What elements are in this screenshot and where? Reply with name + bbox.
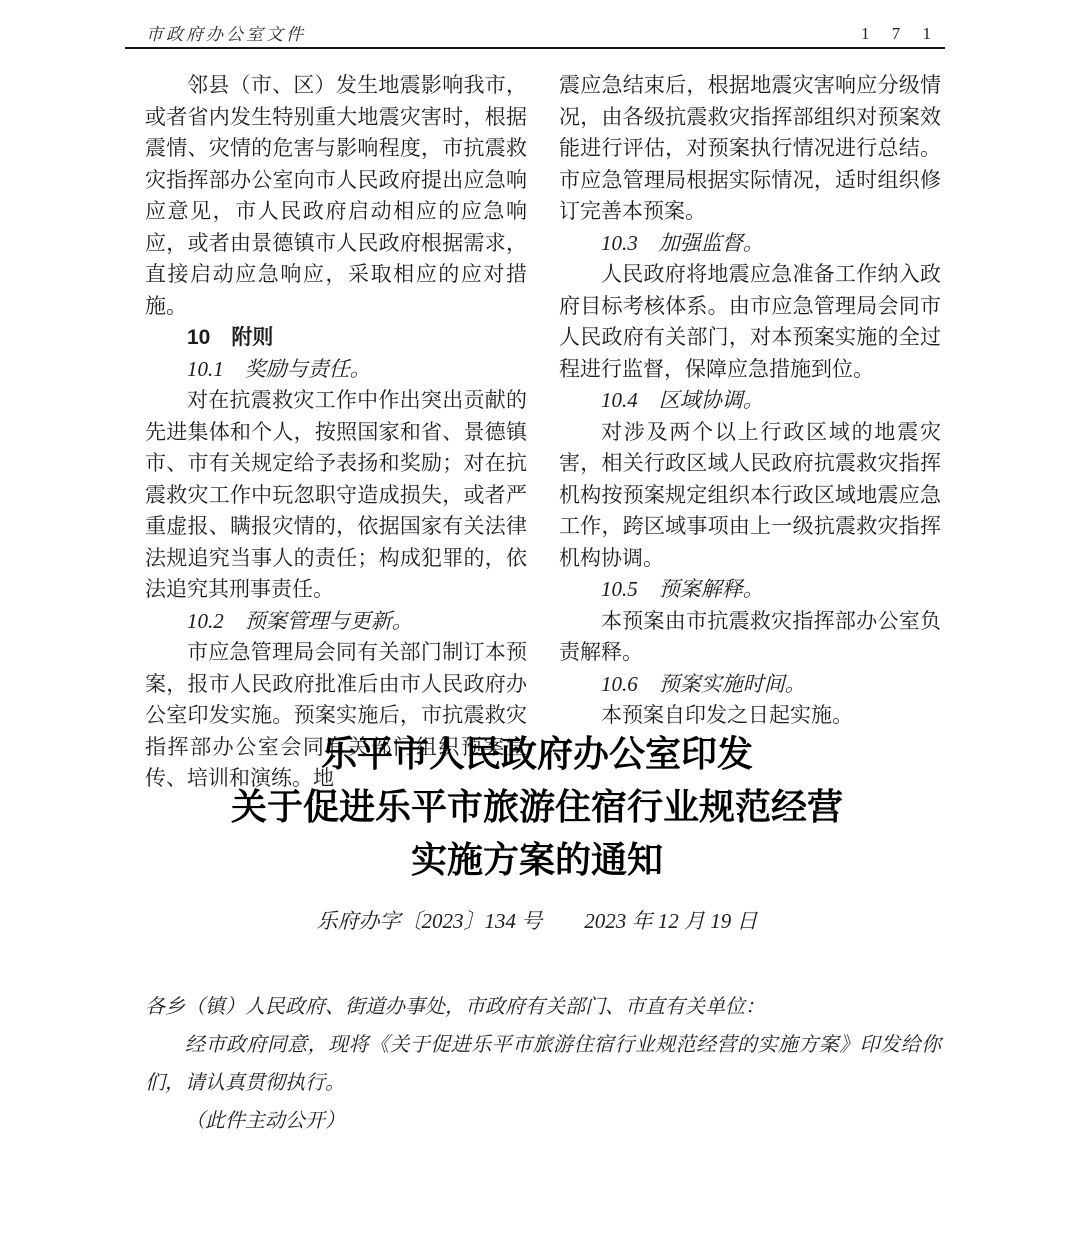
subsection-heading: 10.6 预案实施时间。: [559, 669, 941, 701]
subsection-heading: 10.4 区域协调。: [559, 385, 941, 417]
notice-title-line: 实施方案的通知: [0, 834, 1074, 887]
subsection-heading: 10.5 预案解释。: [559, 574, 941, 606]
paragraph: 本预案自印发之日起实施。: [559, 700, 941, 732]
page-number: 1 7 1: [861, 24, 940, 44]
paragraph: 对在抗震救灾工作中作出突出贡献的先进集体和个人，按照国家和省、景德镇市、市有关规…: [145, 385, 527, 606]
paragraph-continuation: 震应急结束后，根据地震灾害响应分级情况，由各级抗震救灾指挥部组织对预案效能进行评…: [559, 70, 941, 228]
paragraph: 本预案由市抗震救灾指挥部办公室负责解释。: [559, 606, 941, 669]
subsection-heading: 10.1 奖励与责任。: [145, 354, 527, 386]
page-header-label: 市政府办公室文件: [146, 20, 306, 45]
paragraph: 邻县（市、区）发生地震影响我市，或者省内发生特别重大地震灾害时，根据震情、灾情的…: [145, 70, 527, 322]
section-heading: 10 附则: [145, 322, 527, 354]
notice-body-section: 各乡（镇）人民政府、街道办事处，市政府有关部门、市直有关单位： 经市政府同意，现…: [145, 988, 941, 1140]
notice-body-text: 经市政府同意，现将《关于促进乐平市旅游住宿行业规范经营的实施方案》印发给你们，请…: [145, 1026, 941, 1102]
subsection-heading: 10.3 加强监督。: [559, 228, 941, 260]
column-right: 震应急结束后，根据地震灾害响应分级情况，由各级抗震救灾指挥部组织对预案效能进行评…: [559, 70, 941, 795]
subsection-heading: 10.2 预案管理与更新。: [145, 606, 527, 638]
doc-number-line: 乐府办字〔2023〕134 号2023 年 12 月 19 日: [0, 905, 1074, 935]
notice-title-line: 关于促进乐平市旅游住宿行业规范经营: [0, 781, 1074, 834]
paragraph: 对涉及两个以上行政区域的地震灾害，相关行政区域人民政府抗震救灾指挥机构按预案规定…: [559, 417, 941, 575]
disclosure-note: （此件主动公开）: [145, 1102, 941, 1140]
doc-number: 乐府办字〔2023〕134 号: [317, 909, 543, 933]
column-left: 邻县（市、区）发生地震影响我市，或者省内发生特别重大地震灾害时，根据震情、灾情的…: [145, 70, 527, 795]
notice-title-line: 乐平市人民政府办公室印发: [0, 728, 1074, 781]
paragraph: 人民政府将地震应急准备工作纳入政府目标考核体系。由市应急管理局会同市人民政府有关…: [559, 259, 941, 385]
header-rule: [125, 47, 945, 49]
salutation: 各乡（镇）人民政府、街道办事处，市政府有关部门、市直有关单位：: [145, 988, 941, 1026]
notice-title: 乐平市人民政府办公室印发 关于促进乐平市旅游住宿行业规范经营 实施方案的通知: [0, 728, 1074, 887]
doc-date: 2023 年 12 月 19 日: [584, 909, 757, 933]
document-columns: 邻县（市、区）发生地震影响我市，或者省内发生特别重大地震灾害时，根据震情、灾情的…: [145, 70, 941, 795]
